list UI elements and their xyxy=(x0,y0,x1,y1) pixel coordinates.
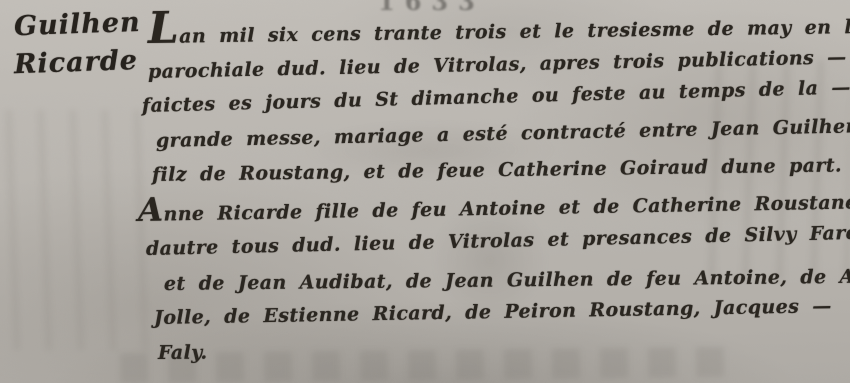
manuscript-line: Faly. xyxy=(158,329,848,370)
ink-bleed-smudge xyxy=(0,110,150,350)
margin-name-bride: Ricarde xyxy=(13,42,144,85)
manuscript-page: 1633 Guilhen Ricarde Lan mil six cens tr… xyxy=(0,0,850,383)
margin-annotation: Guilhen Ricarde xyxy=(14,6,144,82)
margin-name-groom: Guilhen xyxy=(13,4,144,47)
manuscript-text-block: Lan mil six cens trante trois et le tres… xyxy=(148,12,848,370)
